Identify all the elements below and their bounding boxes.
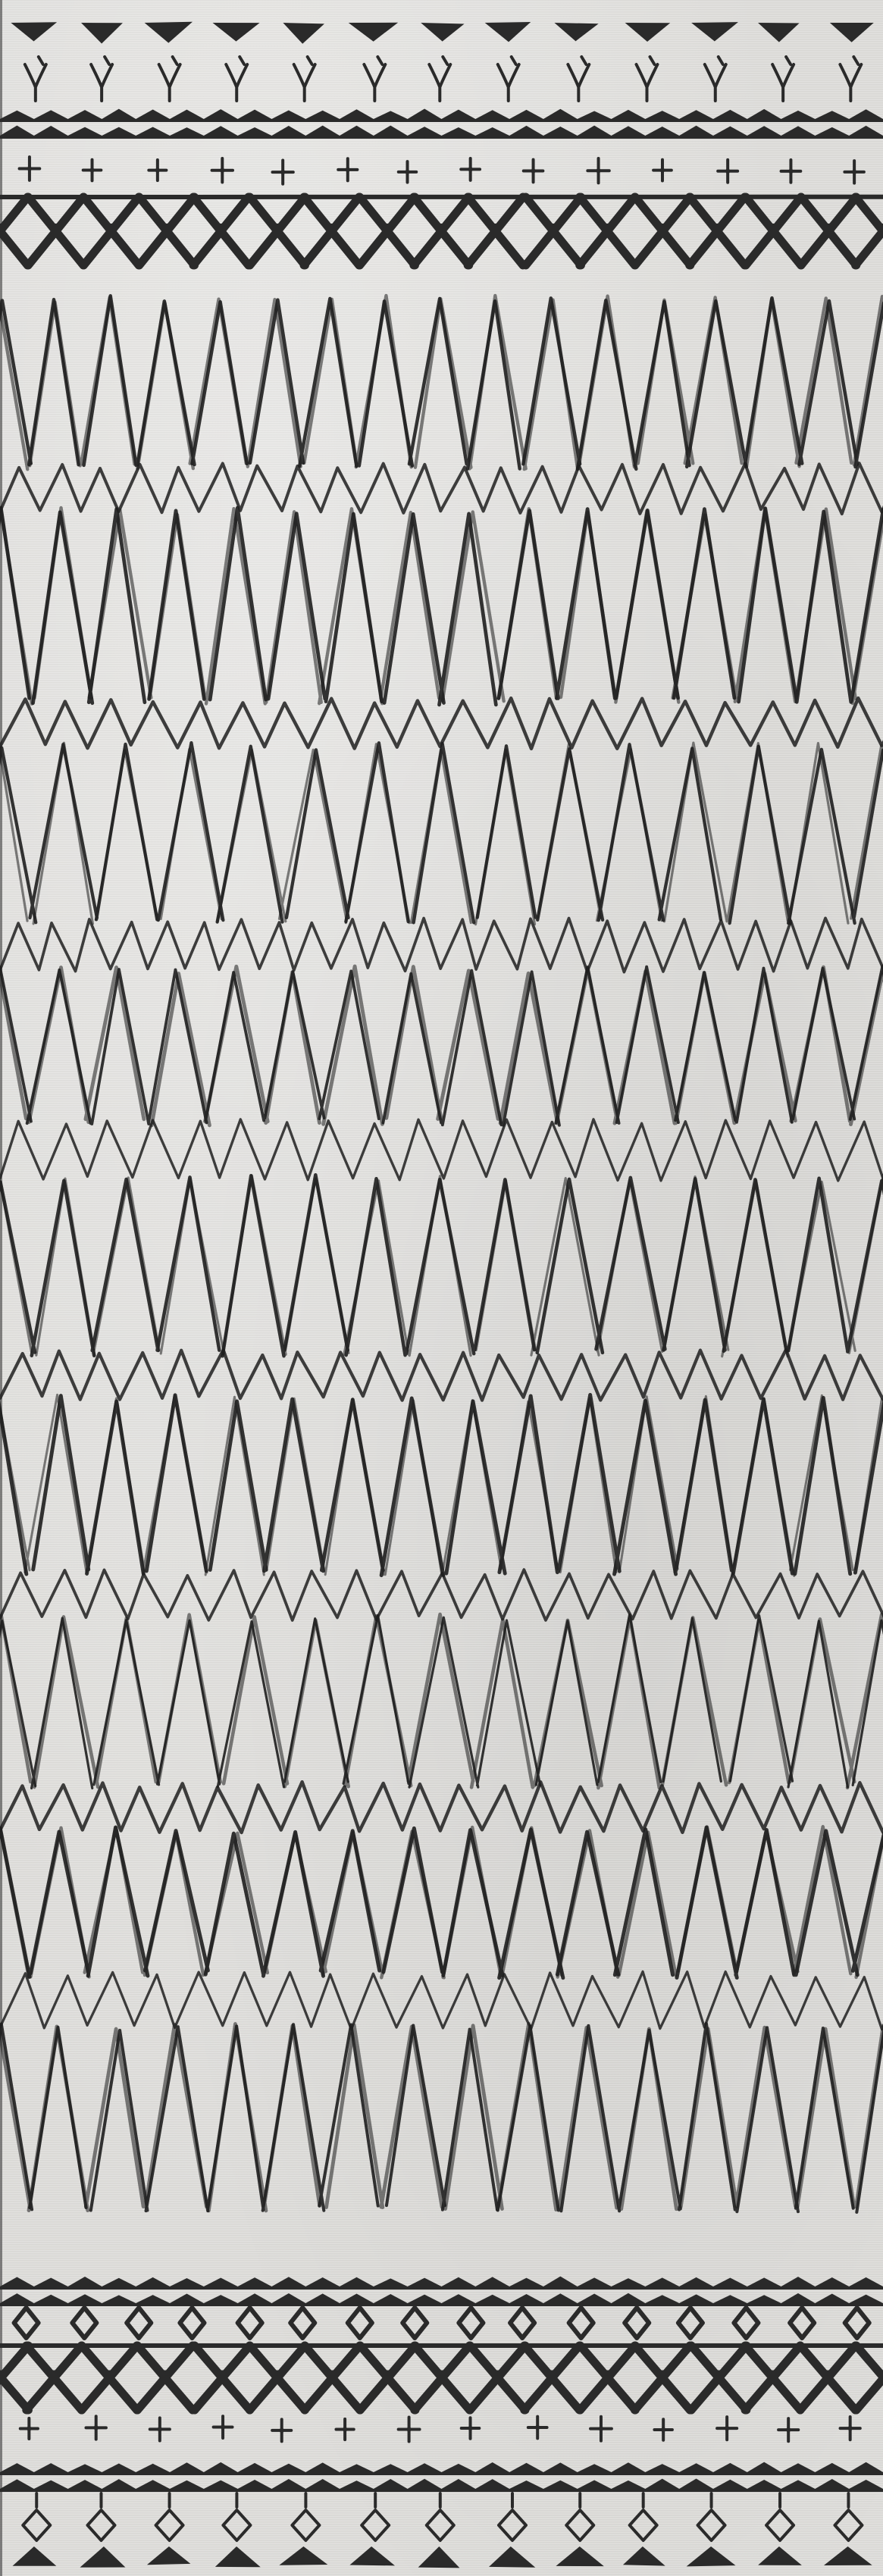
rug-pattern-canvas [0,0,883,2576]
diamond-lattice-field [0,296,883,2212]
rug-image [0,0,883,2576]
bottom-border [0,2277,883,2568]
top-border [0,22,883,265]
